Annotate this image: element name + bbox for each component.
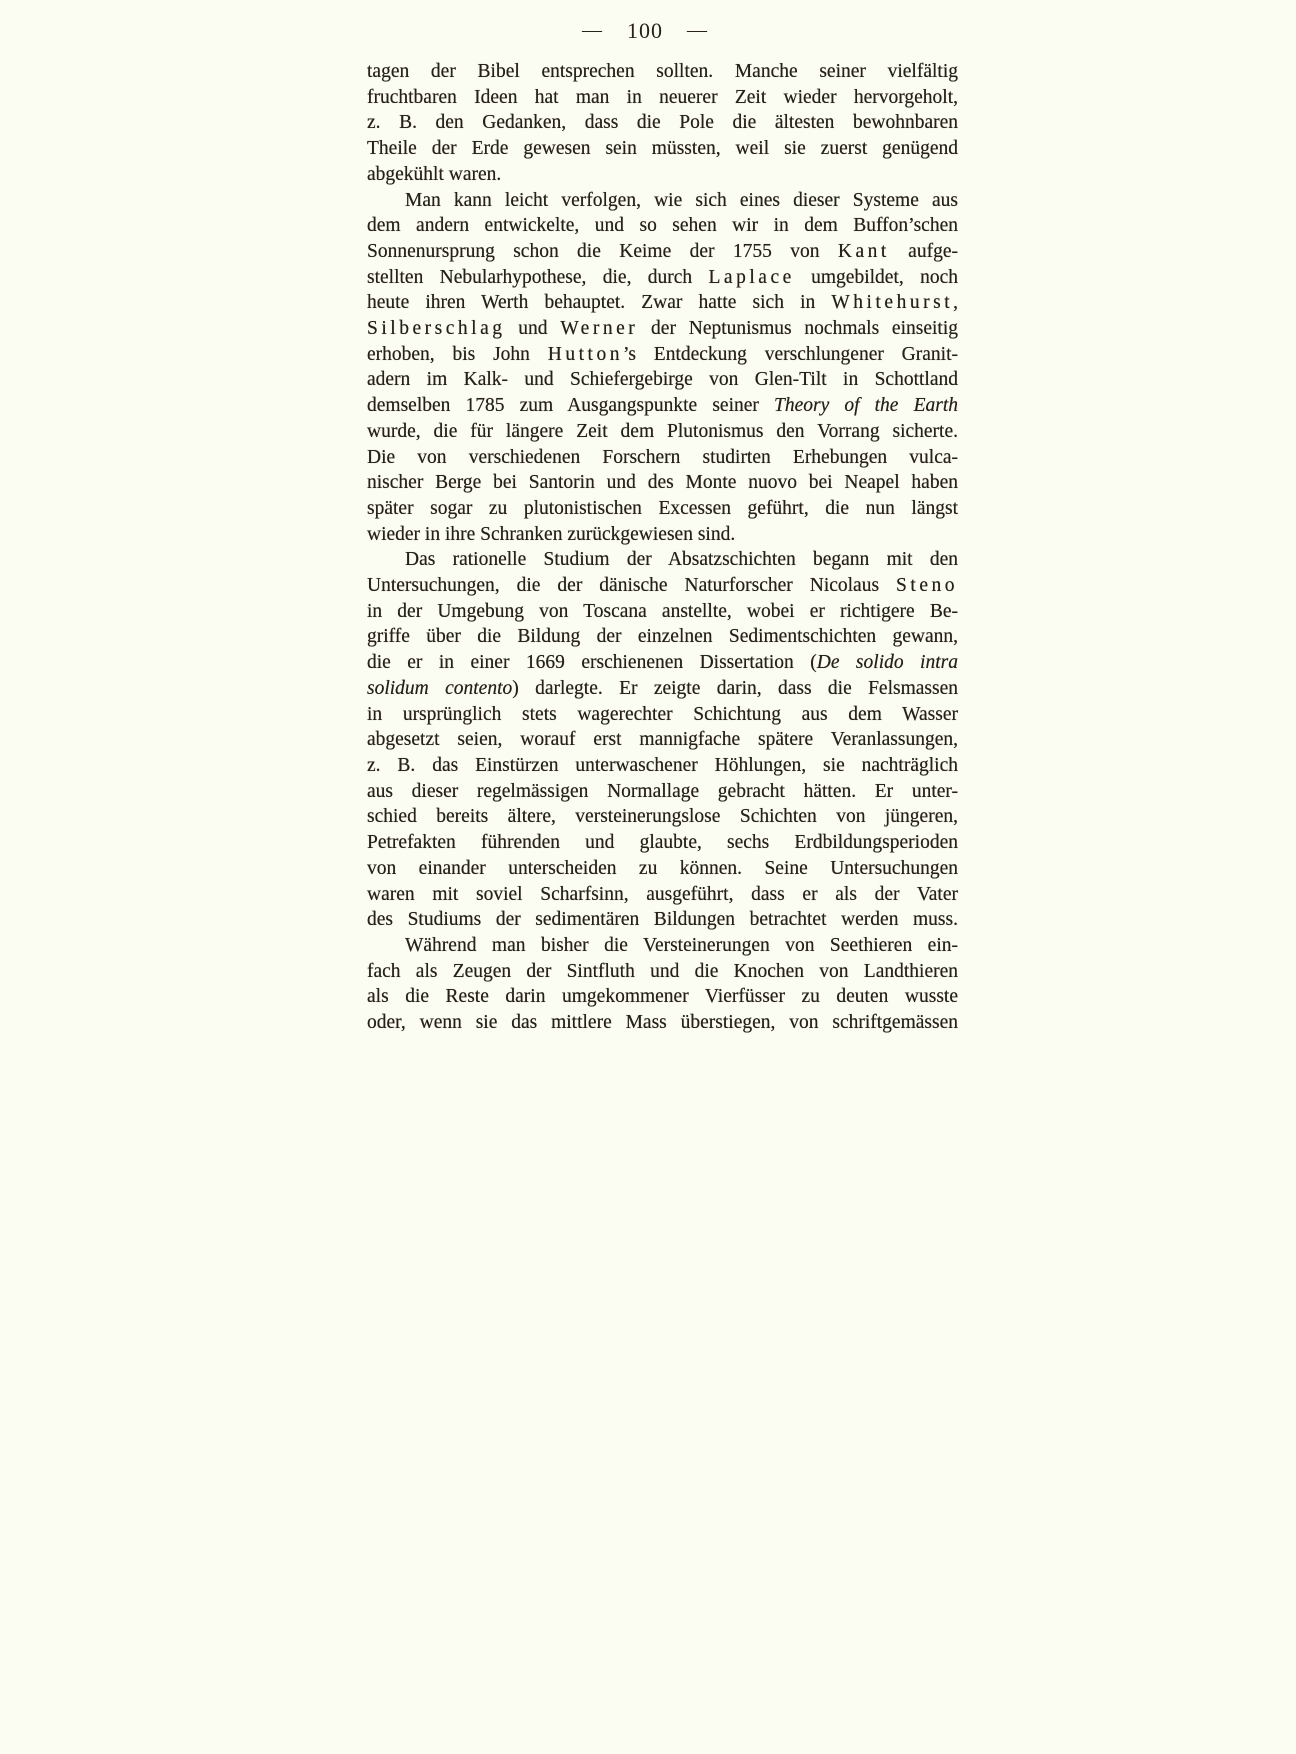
page-number: 100 — [627, 18, 663, 44]
text-line: Man kann leicht verfolgen, wie sich eine… — [367, 188, 958, 214]
text-line: z. B. den Gedanken, dass die Pole die äl… — [367, 110, 958, 136]
text-line: Während man bisher die Versteinerungen v… — [367, 933, 958, 959]
text-line: schied bereits ältere, versteinerungslos… — [367, 804, 958, 830]
text-line: waren mit soviel Scharfsinn, ausgeführt,… — [367, 882, 958, 908]
text-line: nischer Berge bei Santorin und des Monte… — [367, 470, 958, 496]
header-dash-right: — — [687, 19, 708, 42]
text-line: abgekühlt waren. — [367, 162, 958, 188]
text-line: z. B. das Einstürzen unterwaschener Höhl… — [367, 753, 958, 779]
text-line: abgesetzt seien, worauf erst mannigfache… — [367, 727, 958, 753]
text-block: tagen der Bibel entsprechen sollten. Man… — [367, 59, 958, 1036]
text-line: tagen der Bibel entsprechen sollten. Man… — [367, 59, 958, 85]
text-line: heute ihren Werth behauptet. Zwar hatte … — [367, 290, 958, 316]
text-line: fach als Zeugen der Sintfluth und die Kn… — [367, 959, 958, 985]
text-line: griffe über die Bildung der einzelnen Se… — [367, 624, 958, 650]
text-line: als die Reste darin umgekommener Vierfüs… — [367, 984, 958, 1010]
text-line: aus dieser regelmässigen Normallage gebr… — [367, 779, 958, 805]
text-line: Silberschlag und Werner der Neptunismus … — [367, 316, 958, 342]
text-line: stellten Nebularhypothese, die, durch La… — [367, 265, 958, 291]
text-line: dem andern entwickelte, und so sehen wir… — [367, 213, 958, 239]
text-line: oder, wenn sie das mittlere Mass übersti… — [367, 1010, 958, 1036]
text-line: die er in einer 1669 erschienenen Disser… — [367, 650, 958, 676]
text-line: wurde, die für längere Zeit dem Plutonis… — [367, 419, 958, 445]
text-line: Sonnenursprung schon die Keime der 1755 … — [367, 239, 958, 265]
text-line: in der Umgebung von Toscana anstellte, w… — [367, 599, 958, 625]
text-line: Petrefakten führenden und glaubte, sechs… — [367, 830, 958, 856]
text-line: demselben 1785 zum Ausgangspunkte seiner… — [367, 393, 958, 419]
text-line: Untersuchungen, die der dänische Naturfo… — [367, 573, 958, 599]
text-line: Theile der Erde gewesen sein müssten, we… — [367, 136, 958, 162]
page-header: — 100 — — [560, 18, 730, 44]
text-line: des Studiums der sedimentären Bildungen … — [367, 907, 958, 933]
text-line: solidum contento) darlegte. Er zeigte da… — [367, 676, 958, 702]
text-line: wieder in ihre Schranken zurückgewiesen … — [367, 522, 958, 548]
text-line: adern im Kalk- und Schiefergebirge von G… — [367, 367, 958, 393]
text-line: in ursprünglich stets wagerechter Schich… — [367, 702, 958, 728]
text-line: Die von verschiedenen Forschern studirte… — [367, 445, 958, 471]
text-line: Das rationelle Studium der Absatzschicht… — [367, 547, 958, 573]
text-line: von einander unterscheiden zu können. Se… — [367, 856, 958, 882]
header-dash-left: — — [582, 19, 603, 42]
text-line: fruchtbaren Ideen hat man in neuerer Zei… — [367, 85, 958, 111]
text-line: später sogar zu plutonistischen Excessen… — [367, 496, 958, 522]
scanned-book-page: — 100 — tagen der Bibel entsprechen soll… — [0, 0, 1296, 1754]
text-line: erhoben, bis John Hutton’s Entdeckung ve… — [367, 342, 958, 368]
